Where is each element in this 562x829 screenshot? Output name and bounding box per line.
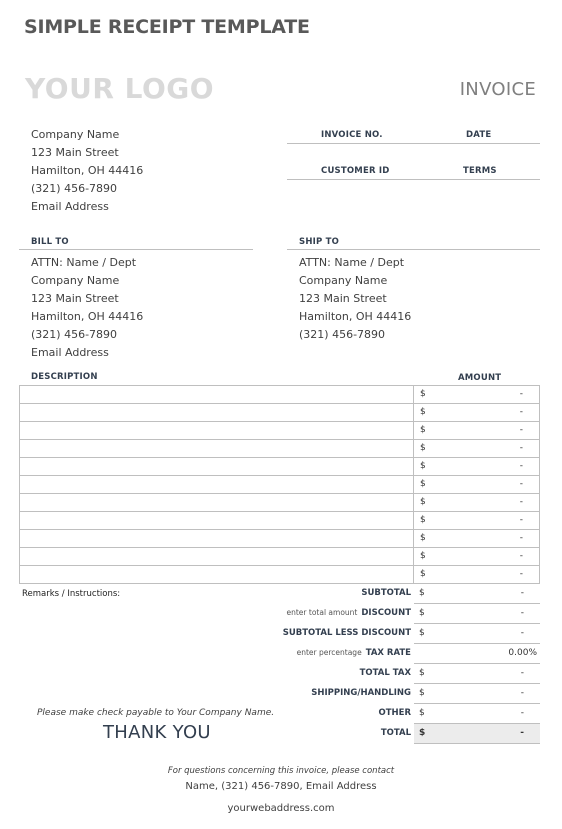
currency-symbol: $	[419, 708, 425, 718]
totals-row-other: OTHER$-	[280, 704, 540, 724]
currency-symbol: $	[420, 479, 426, 489]
item-amount-value: -	[520, 407, 523, 417]
item-amount-cell[interactable]: $-	[414, 422, 540, 440]
thank-you-text: THANK YOU	[103, 722, 211, 743]
shipping-handling-label: SHIPPING/HANDLING	[311, 688, 411, 698]
discount-hint: enter total amount	[287, 608, 358, 617]
subtotal-less-discount-value-cell[interactable]: $-	[414, 624, 540, 644]
currency-symbol: $	[419, 688, 425, 698]
table-row: $-	[20, 476, 540, 494]
bill-to-address: ATTN: Name / Dept Company Name 123 Main …	[31, 254, 143, 362]
item-amount-cell[interactable]: $-	[414, 404, 540, 422]
item-description-cell[interactable]	[20, 476, 414, 494]
table-row: $-	[20, 458, 540, 476]
terms-label: TERMS	[463, 166, 497, 176]
item-description-cell[interactable]	[20, 548, 414, 566]
table-row: $-	[20, 530, 540, 548]
currency-symbol: $	[419, 588, 425, 598]
company-email[interactable]: Email Address	[31, 198, 143, 216]
currency-symbol: $	[420, 461, 426, 471]
remarks-label: Remarks / Instructions:	[22, 589, 120, 599]
subtotal-less-discount-value: -	[521, 628, 524, 638]
ship-to-attn[interactable]: ATTN: Name / Dept	[299, 254, 411, 272]
currency-symbol: $	[419, 628, 425, 638]
table-row: $-	[20, 440, 540, 458]
date-field[interactable]	[430, 145, 540, 163]
invoice-no-field[interactable]	[287, 145, 427, 163]
totals-row-discount: enter total amountDISCOUNT$-	[280, 604, 540, 624]
item-amount-cell[interactable]: $-	[414, 512, 540, 530]
table-row: $-	[20, 404, 540, 422]
total-tax-label-text: TOTAL TAX	[360, 668, 411, 678]
other-value-cell[interactable]: $-	[414, 704, 540, 724]
currency-symbol: $	[420, 425, 426, 435]
currency-symbol: $	[420, 443, 426, 453]
discount-value-cell[interactable]: $-	[414, 604, 540, 624]
subtotal-label: SUBTOTAL	[361, 588, 411, 598]
ship-to-divider	[287, 249, 540, 250]
total-value-cell[interactable]: $-	[414, 724, 540, 744]
item-amount-cell[interactable]: $-	[414, 386, 540, 404]
tax-rate-value: 0.00%	[508, 648, 537, 658]
subtotal-less-discount-label-text: SUBTOTAL LESS DISCOUNT	[283, 628, 411, 638]
discount-label-text: DISCOUNT	[361, 608, 411, 618]
item-amount-value: -	[520, 551, 523, 561]
totals-row-subtotal-less-discount: SUBTOTAL LESS DISCOUNT$-	[280, 624, 540, 644]
other-value: -	[521, 708, 524, 718]
tax-rate-value-cell[interactable]: 0.00%	[414, 644, 540, 664]
company-street[interactable]: 123 Main Street	[31, 144, 143, 162]
bill-to-company[interactable]: Company Name	[31, 272, 143, 290]
invoice-no-label: INVOICE NO.	[321, 130, 383, 140]
item-amount-cell[interactable]: $-	[414, 548, 540, 566]
line-items-table: $-$-$-$-$-$-$-$-$-$-$-	[19, 385, 540, 584]
item-description-cell[interactable]	[20, 458, 414, 476]
bill-to-phone[interactable]: (321) 456-7890	[31, 326, 143, 344]
company-info: Company Name 123 Main Street Hamilton, O…	[31, 126, 143, 216]
shipping-handling-value: -	[521, 688, 524, 698]
total-label: TOTAL	[381, 728, 411, 738]
invoice-meta-divider-1	[287, 143, 540, 144]
tax-rate-label: enter percentageTAX RATE	[297, 648, 411, 658]
item-amount-value: -	[520, 443, 523, 453]
ship-to-phone[interactable]: (321) 456-7890	[299, 326, 411, 344]
footer-website[interactable]: yourwebaddress.com	[0, 803, 562, 814]
total-tax-label: TOTAL TAX	[360, 668, 411, 678]
company-name[interactable]: Company Name	[31, 126, 143, 144]
totals-row-subtotal: SUBTOTAL$-	[280, 584, 540, 604]
item-description-cell[interactable]	[20, 494, 414, 512]
currency-symbol: $	[419, 608, 425, 618]
bill-to-divider	[19, 249, 253, 250]
currency-symbol: $	[419, 668, 425, 678]
company-city[interactable]: Hamilton, OH 44416	[31, 162, 143, 180]
bill-to-street[interactable]: 123 Main Street	[31, 290, 143, 308]
ship-to-street[interactable]: 123 Main Street	[299, 290, 411, 308]
item-description-cell[interactable]	[20, 422, 414, 440]
table-row: $-	[20, 422, 540, 440]
item-description-cell[interactable]	[20, 386, 414, 404]
table-row: $-	[20, 548, 540, 566]
bill-to-label: BILL TO	[31, 237, 69, 247]
ship-to-company[interactable]: Company Name	[299, 272, 411, 290]
description-header: DESCRIPTION	[31, 372, 98, 382]
item-amount-value: -	[520, 515, 523, 525]
customer-id-field[interactable]	[287, 181, 427, 199]
item-amount-value: -	[520, 425, 523, 435]
table-row: $-	[20, 494, 540, 512]
amount-header: AMOUNT	[458, 373, 501, 383]
company-phone[interactable]: (321) 456-7890	[31, 180, 143, 198]
table-row: $-	[20, 512, 540, 530]
item-amount-value: -	[520, 479, 523, 489]
terms-field[interactable]	[430, 181, 540, 199]
item-amount-cell[interactable]: $-	[414, 476, 540, 494]
payable-note: Please make check payable to Your Compan…	[37, 708, 274, 718]
total-tax-value-cell[interactable]: $-	[414, 664, 540, 684]
totals-row-total: TOTAL$-	[280, 724, 540, 744]
ship-to-address: ATTN: Name / Dept Company Name 123 Main …	[299, 254, 411, 344]
item-amount-cell[interactable]: $-	[414, 494, 540, 512]
currency-symbol: $	[420, 569, 426, 579]
bill-to-email[interactable]: Email Address	[31, 344, 143, 362]
footer-question: For questions concerning this invoice, p…	[0, 766, 562, 776]
currency-symbol: $	[420, 389, 426, 399]
totals-row-total-tax: TOTAL TAX$-	[280, 664, 540, 684]
subtotal-value: -	[521, 588, 524, 598]
discount-label: enter total amountDISCOUNT	[287, 608, 412, 618]
item-description-cell[interactable]	[20, 530, 414, 548]
subtotal-less-discount-label: SUBTOTAL LESS DISCOUNT	[283, 628, 411, 638]
discount-value: -	[521, 608, 524, 618]
item-amount-cell[interactable]: $-	[414, 458, 540, 476]
bill-to-attn[interactable]: ATTN: Name / Dept	[31, 254, 143, 272]
total-label-text: TOTAL	[381, 728, 411, 738]
subtotal-value-cell[interactable]: $-	[414, 584, 540, 604]
date-label: DATE	[466, 130, 491, 140]
ship-to-city[interactable]: Hamilton, OH 44416	[299, 308, 411, 326]
item-description-cell[interactable]	[20, 404, 414, 422]
item-amount-value: -	[520, 497, 523, 507]
currency-symbol: $	[420, 515, 426, 525]
item-amount-cell[interactable]: $-	[414, 440, 540, 458]
other-label: OTHER	[379, 708, 412, 718]
ship-to-label: SHIP TO	[299, 237, 339, 247]
item-description-cell[interactable]	[20, 440, 414, 458]
currency-symbol: $	[420, 497, 426, 507]
item-amount-value: -	[520, 533, 523, 543]
shipping-handling-label-text: SHIPPING/HANDLING	[311, 688, 411, 698]
currency-symbol: $	[420, 533, 426, 543]
currency-symbol: $	[420, 551, 426, 561]
logo-placeholder: YOUR LOGO	[25, 72, 214, 105]
bill-to-city[interactable]: Hamilton, OH 44416	[31, 308, 143, 326]
other-label-text: OTHER	[379, 708, 412, 718]
item-amount-cell[interactable]: $-	[414, 530, 540, 548]
customer-id-label: CUSTOMER ID	[321, 166, 389, 176]
item-amount-value: -	[520, 389, 523, 399]
totals-row-tax-rate: enter percentageTAX RATE0.00%	[280, 644, 540, 664]
footer-contact: Name, (321) 456-7890, Email Address	[0, 781, 562, 792]
invoice-meta-divider-2	[287, 179, 540, 180]
currency-symbol: $	[419, 728, 425, 738]
shipping-handling-value-cell[interactable]: $-	[414, 684, 540, 704]
subtotal-label-text: SUBTOTAL	[361, 588, 411, 598]
total-value: -	[520, 728, 524, 738]
document-type-heading: INVOICE	[460, 79, 536, 100]
currency-symbol: $	[420, 407, 426, 417]
page-title: SIMPLE RECEIPT TEMPLATE	[24, 16, 310, 38]
item-amount-value: -	[520, 569, 523, 579]
total-tax-value: -	[521, 668, 524, 678]
item-amount-value: -	[520, 461, 523, 471]
item-description-cell[interactable]	[20, 512, 414, 530]
totals-row-shipping-handling: SHIPPING/HANDLING$-	[280, 684, 540, 704]
tax-rate-hint: enter percentage	[297, 648, 362, 657]
item-amount-cell[interactable]: $-	[414, 566, 540, 584]
item-description-cell[interactable]	[20, 566, 414, 584]
table-row: $-	[20, 386, 540, 404]
tax-rate-label-text: TAX RATE	[366, 648, 411, 658]
table-row: $-	[20, 566, 540, 584]
